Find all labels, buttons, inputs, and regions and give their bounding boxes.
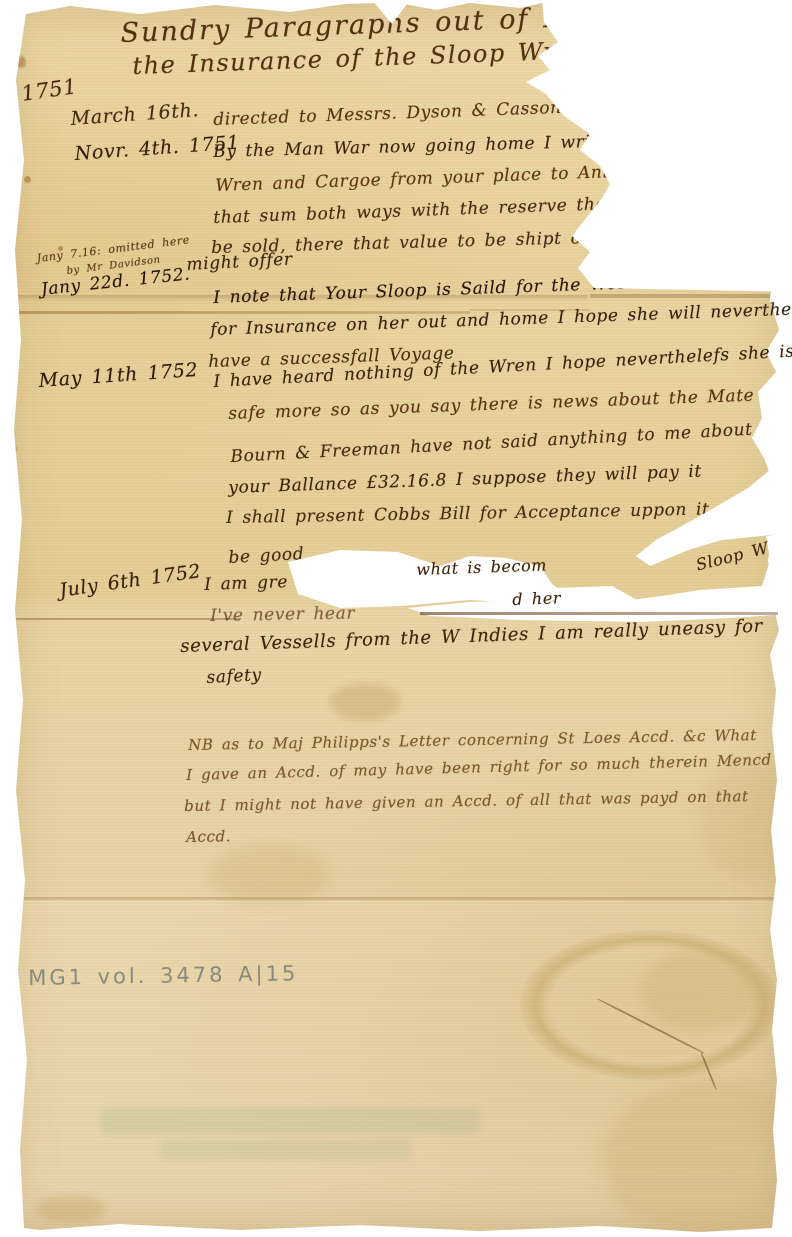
entry-line: might offer: [186, 249, 293, 275]
entry-line: your Ballance £32.16.8 I suppose they wi…: [228, 461, 702, 498]
entry-line: safe more so as you say there is news ab…: [228, 386, 755, 424]
entry-line: I shall present Cobbs Bill for Acceptanc…: [226, 499, 746, 528]
entry-line: Bourn & Freeman have not said anything t…: [230, 420, 753, 467]
document-scan: Sundry Paragraphs out of Mr M the Insura…: [0, 0, 792, 1237]
nb-note-line: Accd.: [186, 827, 231, 846]
year-marker: 1751: [20, 74, 79, 106]
entry-line: I've never hear: [210, 603, 355, 626]
entry-date: May 11th 1752: [38, 359, 199, 392]
nb-note-line: I gave an Accd. of may have been right f…: [186, 751, 772, 784]
archive-mark: MG1 vol. 3478 A|15: [28, 961, 299, 990]
entry-date: March 16th.: [70, 99, 200, 130]
entry-date: July 6th 1752: [58, 560, 203, 602]
entry-line: that sum both ways with the reserve that…: [213, 193, 636, 228]
entry-line: Wren and Cargoe from your place to Antig…: [215, 161, 650, 196]
entry-line: I note that Your Sloop is Saild for the …: [213, 273, 634, 308]
entry-line: safety: [206, 665, 262, 688]
entry-line: I am gre: [204, 572, 288, 595]
nb-note-line: NB as to Maj Philipps's Letter concernin…: [188, 726, 757, 754]
nb-note-line: but I might not have given an Accd. of a…: [184, 787, 749, 815]
